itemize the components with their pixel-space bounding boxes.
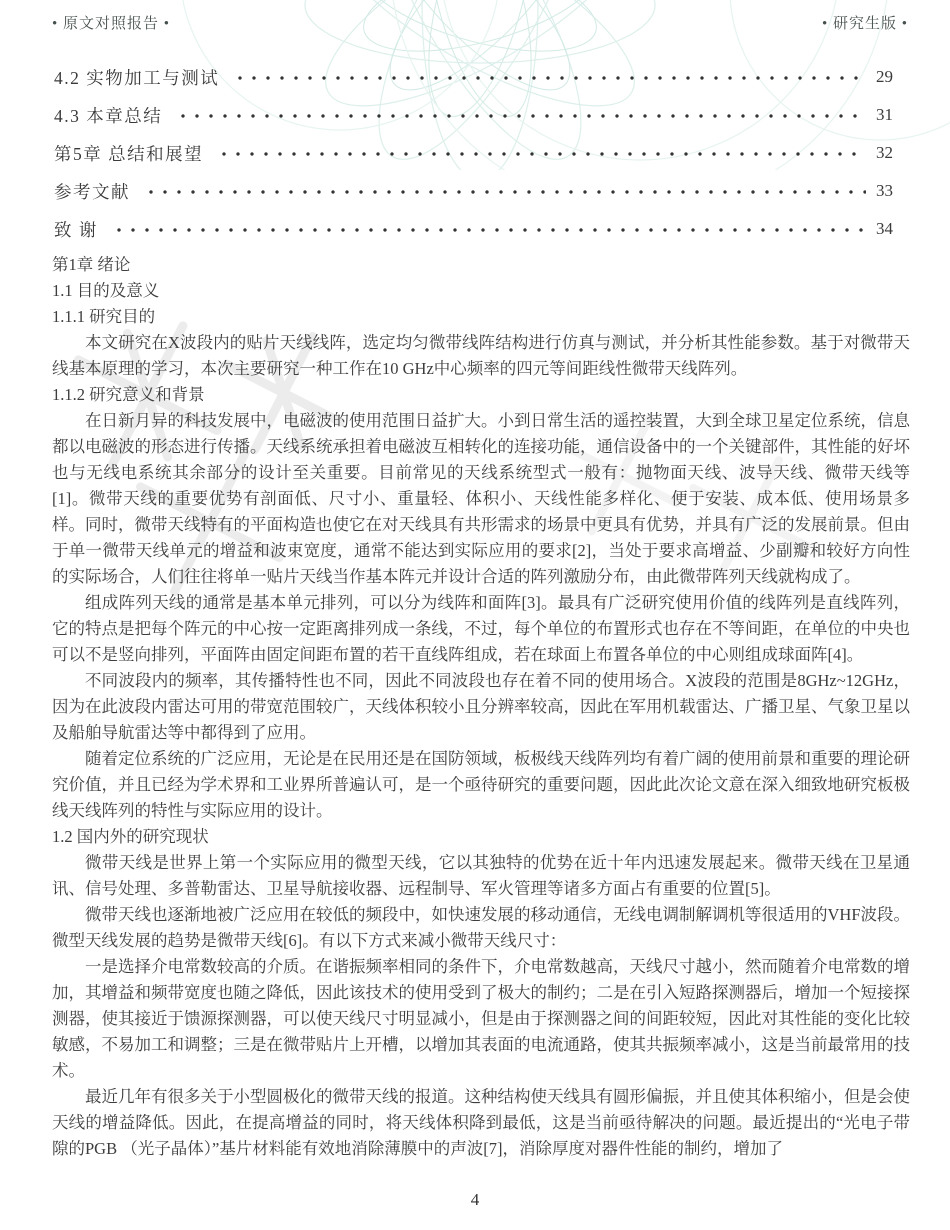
toc-entry: 4.2 实物加工与测试 29: [54, 58, 910, 96]
toc-entry-title: 致 谢: [54, 217, 98, 242]
paragraph: 微带天线是世界上第一个实际应用的微型天线，它以其独特的优势在近十年内迅速发展起来…: [52, 850, 910, 902]
page-footer: 4: [0, 1190, 950, 1210]
table-of-contents: 4.2 实物加工与测试 29 4.3 本章总结 31 第5章 总结和展望 32 …: [54, 58, 910, 248]
toc-entry-page: 29: [876, 67, 910, 87]
toc-entry-title: 4.3 本章总结: [54, 103, 162, 128]
toc-entry: 致 谢 34: [54, 210, 910, 248]
toc-entry-page: 32: [876, 143, 910, 163]
toc-entry-page: 31: [876, 105, 910, 125]
toc-entry-title: 4.2 实物加工与测试: [54, 65, 219, 90]
paragraph: 最近几年有很多关于小型圆极化的微带天线的报道。这种结构使天线具有圆形偏振，并且使…: [52, 1084, 910, 1162]
toc-entry-page: 33: [876, 181, 910, 201]
subsection-heading: 1.1.2 研究意义和背景: [52, 382, 910, 408]
section-heading: 1.2 国内外的研究现状: [52, 824, 910, 850]
paragraph: 不同波段内的频率，其传播特性也不同，因此不同波段也存在着不同的使用场合。X波段的…: [52, 668, 910, 746]
document-body: 第1章 绪论 1.1 目的及意义 1.1.1 研究目的 本文研究在X波段内的贴片…: [52, 252, 910, 1162]
dot-leader: [176, 108, 866, 124]
section-heading: 1.1 目的及意义: [52, 278, 910, 304]
toc-entry: 第5章 总结和展望 32: [54, 134, 910, 172]
paragraph: 微型天线发展的趋势是微带天线[6]。有以下方式来减小微带天线尺寸：: [52, 928, 910, 954]
paragraph: 在日新月异的科技发展中，电磁波的使用范围日益扩大。小到日常生活的遥控装置，大到全…: [52, 408, 910, 590]
toc-entry: 4.3 本章总结 31: [54, 96, 910, 134]
header-right-label: • 研究生版 •: [822, 12, 908, 33]
paragraph: 组成阵列天线的通常是基本单元排列，可以分为线阵和面阵[3]。最具有广泛研究使用价…: [52, 590, 910, 668]
dot-leader: [112, 222, 866, 238]
dot-leader: [233, 70, 866, 86]
paragraph: 本文研究在X波段内的贴片天线线阵，选定均匀微带线阵结构进行仿真与测试，并分析其性…: [52, 330, 910, 382]
document-page: • 原文对照报告 • • 研究生版 • 4.2 实物加工与测试 29 4.3 本…: [0, 0, 950, 1230]
toc-entry: 参考文献 33: [54, 172, 910, 210]
dot-leader: [144, 184, 866, 200]
paragraph: 随着定位系统的广泛应用，无论是在民用还是在国防领域，板极线天线阵列均有着广阔的使…: [52, 746, 910, 824]
toc-entry-title: 参考文献: [54, 179, 130, 204]
header-left-label: • 原文对照报告 •: [52, 12, 170, 33]
paragraph: 一是选择介电常数较高的介质。在谐振频率相同的条件下，介电常数越高，天线尺寸越小，…: [52, 954, 910, 1084]
page-number: 4: [471, 1190, 480, 1209]
toc-entry-page: 34: [876, 219, 910, 239]
subsection-heading: 1.1.1 研究目的: [52, 304, 910, 330]
dot-leader: [217, 146, 866, 162]
toc-entry-title: 第5章 总结和展望: [54, 141, 203, 166]
chapter-heading: 第1章 绪论: [52, 252, 910, 278]
page-header: • 原文对照报告 • • 研究生版 •: [52, 12, 908, 33]
paragraph: 微带天线也逐渐地被广泛应用在较低的频段中，如快速发展的移动通信，无线电调制解调机…: [52, 902, 910, 928]
